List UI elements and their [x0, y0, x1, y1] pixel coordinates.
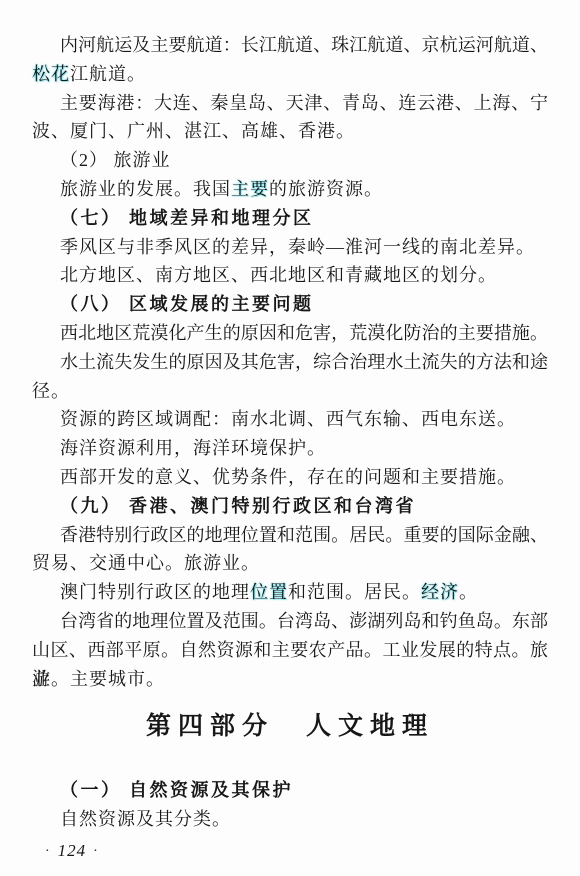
text-line: 北方地区、南方地区、西北地区和青藏地区的划分。 [32, 261, 548, 290]
part-title: 第四部分 人文地理 [32, 709, 548, 745]
text-line: 山区、西部平原。自然资源和主要农产品。工业发展的特点。旅游 [32, 636, 548, 665]
text-line: 香港特别行政区的地理位置和范围。居民。重要的国际金融、 [32, 521, 548, 550]
text-line: 业。主要城市。 [32, 665, 548, 694]
text-line: 水土流失发生的原因及其危害，综合治理水土流失的方法和途 [32, 348, 548, 377]
pen-mark: 松花 [32, 64, 70, 84]
text-line: 贸易、交通中心。旅游业。 [32, 549, 548, 578]
text-line: 澳门特别行政区的地理位置和范围。居民。经济。 [32, 578, 548, 607]
text-line: （2） 旅游业 [32, 146, 548, 175]
text-line: 松花江航道。 [32, 60, 548, 89]
page-number: ·124· [38, 841, 106, 861]
section-heading: （七） 地域差异和地理分区 [32, 204, 548, 233]
page-number-dot: · [93, 844, 99, 859]
text-line: 旅游业的发展。我国主要的旅游资源。 [32, 175, 548, 204]
text-line: 主要海港：大连、秦皇岛、天津、青岛、连云港、上海、宁 [32, 89, 548, 118]
text-line: 西北地区荒漠化产生的原因和危害，荒漠化防治的主要措施。 [32, 319, 548, 348]
pen-mark: 经济 [421, 582, 459, 602]
text-line: 资源的跨区域调配：南水北调、西气东输、西电东送。 [32, 405, 548, 434]
text-line: 径。 [32, 377, 548, 406]
text-line: 西部开发的意义、优势条件，存在的问题和主要措施。 [32, 463, 548, 492]
text-line: 季风区与非季风区的差异，秦岭—淮河一线的南北差异。 [32, 233, 548, 262]
text-line: 台湾省的地理位置及范围。台湾岛、澎湖列岛和钓鱼岛。东部 [32, 607, 548, 636]
text-line: 海洋资源利用，海洋环境保护。 [32, 434, 548, 463]
section-heading: （九） 香港、澳门特别行政区和台湾省 [32, 492, 548, 521]
pen-mark: 主要 [231, 179, 269, 199]
text-line: 自然资源及其分类。 [32, 805, 548, 834]
scanned-page: 内河航运及主要航道：长江航道、珠江航道、京杭运河航道、松花江航道。主要海港：大连… [0, 0, 580, 876]
text-line: 波、厦门、广州、湛江、高雄、香港。 [32, 117, 548, 146]
page-number-value: 124 [58, 841, 87, 860]
pen-mark: 位置 [250, 582, 288, 602]
document-body: 内河航运及主要航道：长江航道、珠江航道、京杭运河航道、松花江航道。主要海港：大连… [0, 0, 580, 834]
section-heading: （一） 自然资源及其保护 [32, 776, 548, 805]
text-line: 内河航运及主要航道：长江航道、珠江航道、京杭运河航道、 [32, 31, 548, 60]
page-number-dot: · [45, 844, 51, 859]
section-heading: （八） 区域发展的主要问题 [32, 290, 548, 319]
